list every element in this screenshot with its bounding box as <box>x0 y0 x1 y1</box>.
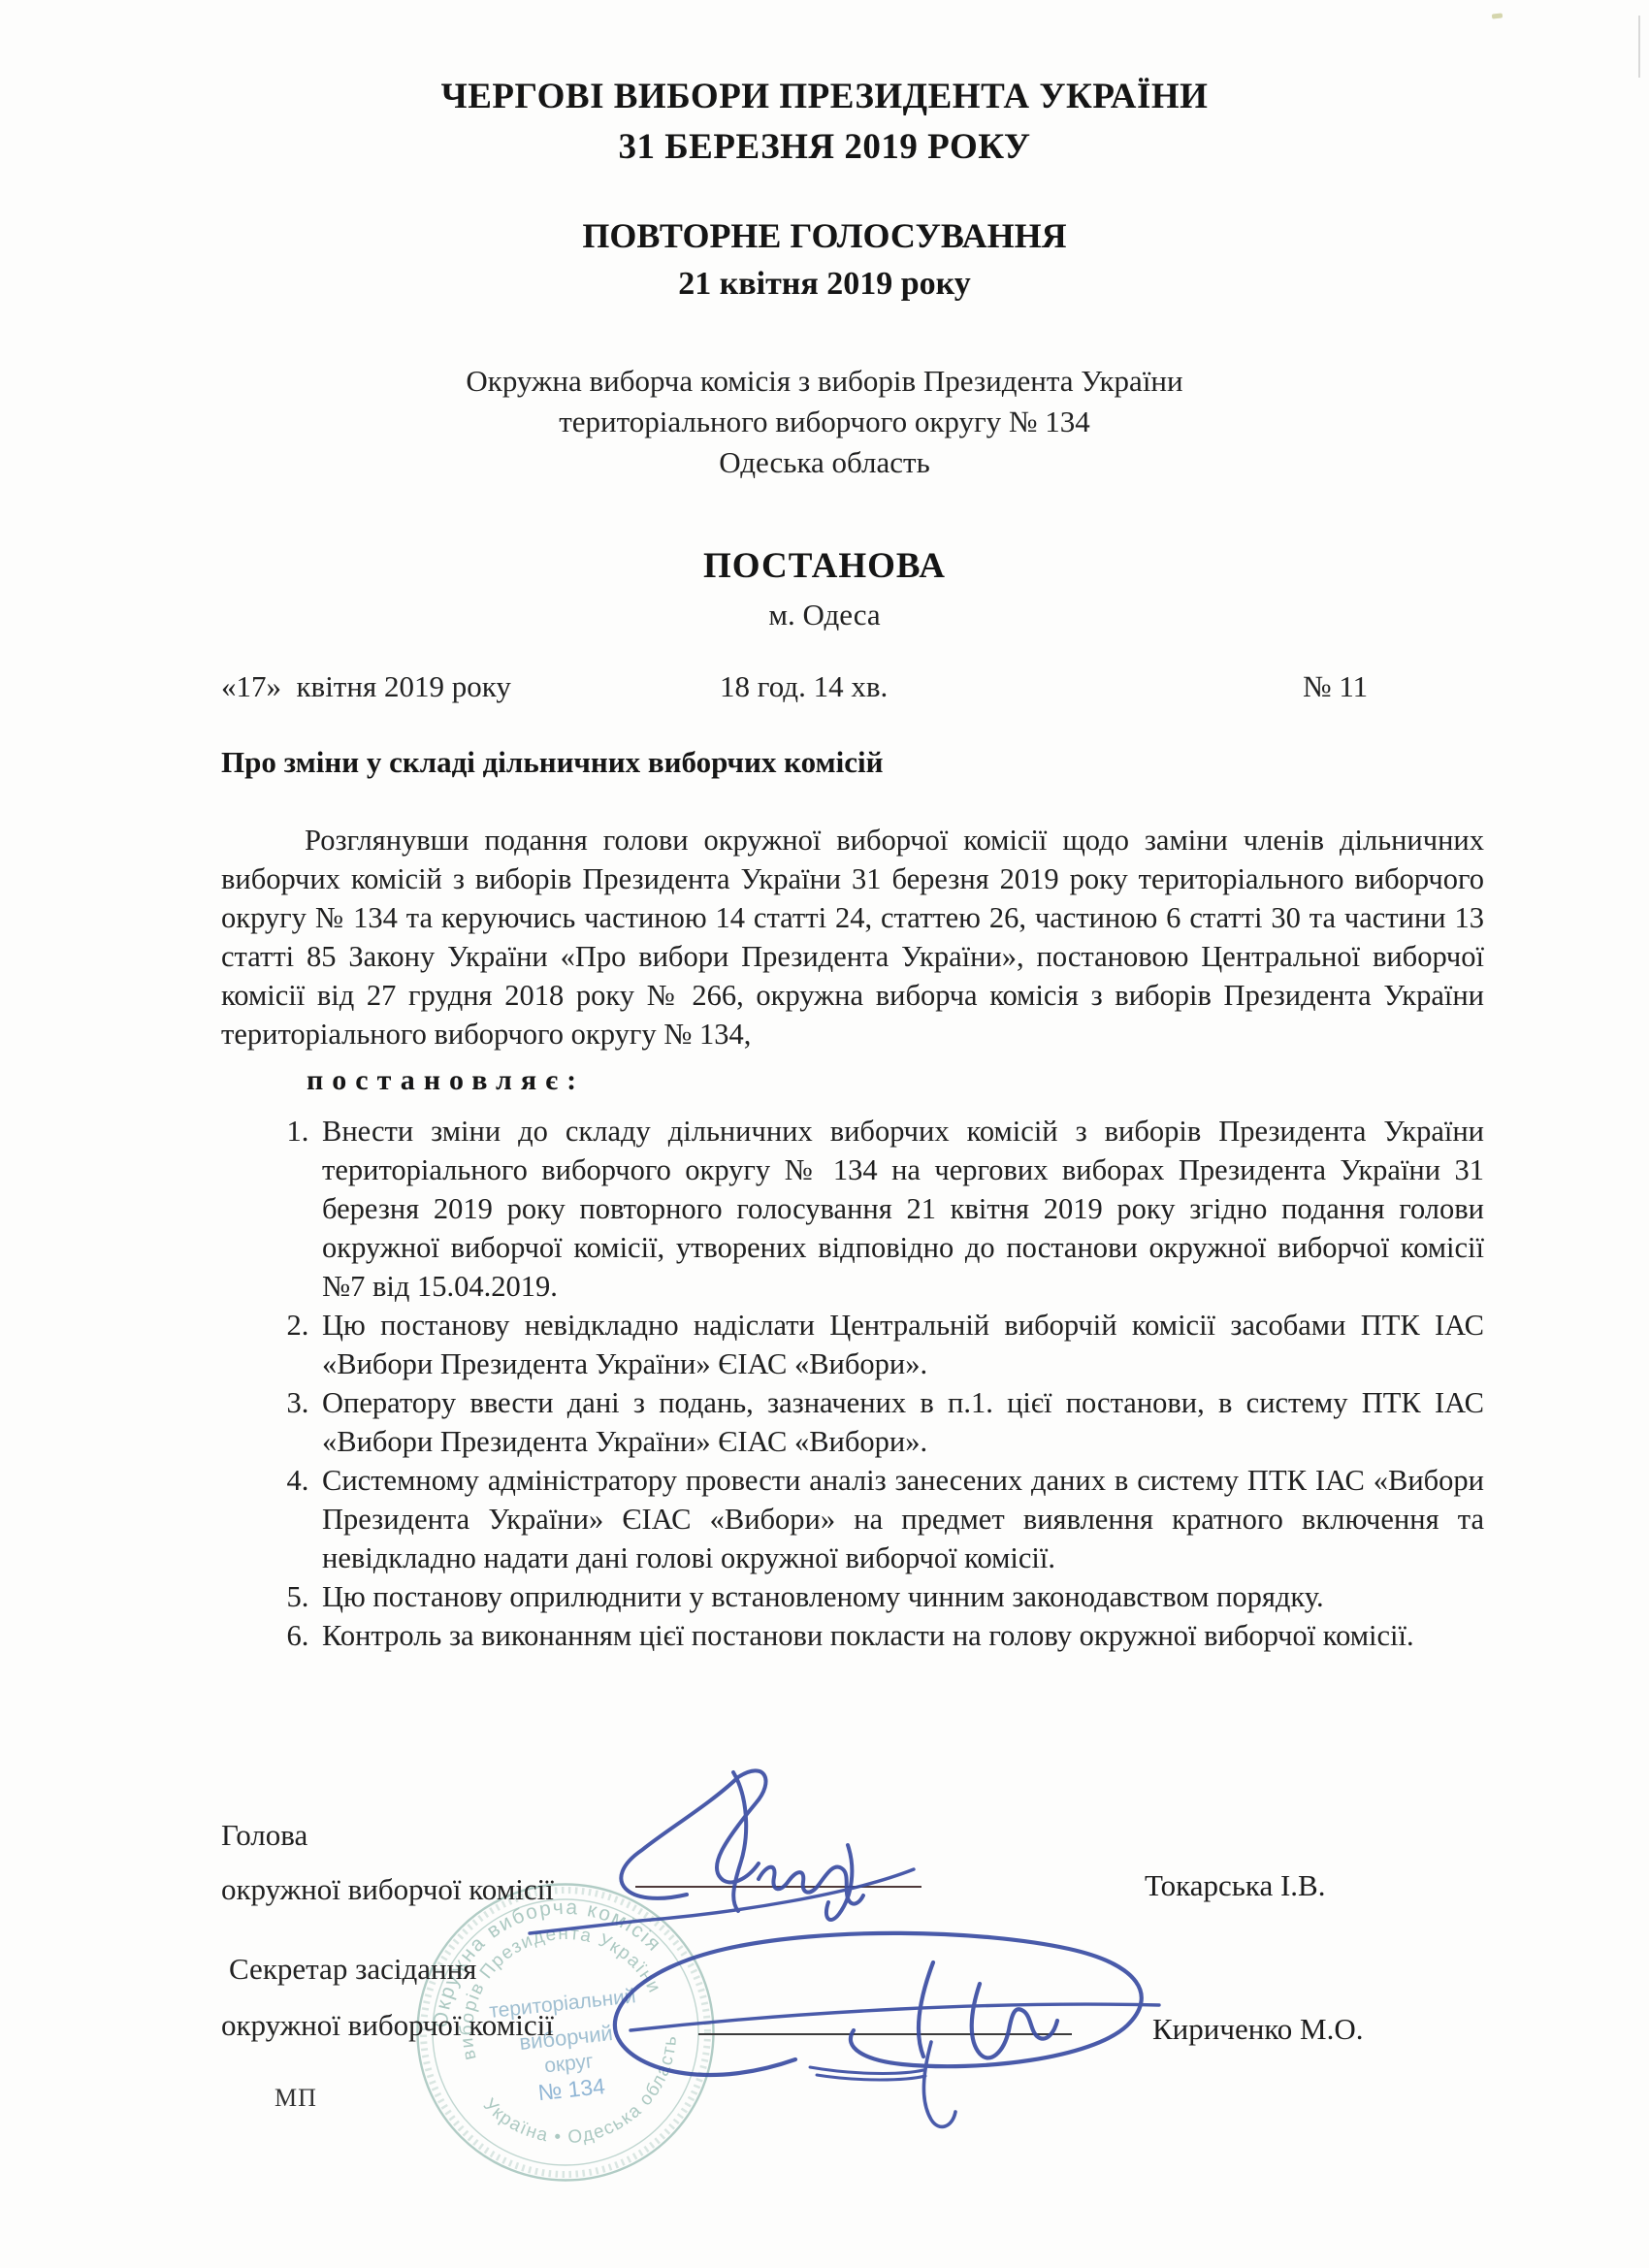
seal-placeholder-note: МП <box>275 2084 317 2113</box>
scan-artifact-line <box>1638 16 1640 78</box>
signature1-ink <box>530 1770 914 1933</box>
doc-time: 18 год. 14 хв. <box>720 669 888 704</box>
doc-date: «17» квітня 2019 року <box>221 669 511 704</box>
doc-number: № 11 <box>1303 669 1368 704</box>
election-title-line2: 31 БЕРЕЗНЯ 2019 РОКУ <box>0 122 1649 173</box>
preamble-paragraph: Розглянувши подання голови окружної вибо… <box>221 821 1484 1053</box>
resolution-list: Внести зміни до складу дільничних виборч… <box>221 1112 1484 1655</box>
signer2-role-line1: Секретар засідання <box>229 1952 476 1987</box>
doc-type-title: ПОСТАНОВА <box>0 545 1649 587</box>
commission-name-line2: територіального виборчого округу № 134 <box>0 402 1649 442</box>
resolves-word: постановляє: <box>307 1061 1484 1100</box>
doc-city: м. Одеса <box>0 598 1649 632</box>
signature2-ink <box>615 1933 1159 2127</box>
revote-date: 21 квітня 2019 року <box>0 260 1649 308</box>
commission-name-line3: Одеська область <box>0 442 1649 483</box>
commission-name-line1: Окружна виборча комісія з виборів Презид… <box>0 361 1649 402</box>
resolution-item: Внести зміни до складу дільничних виборч… <box>316 1112 1484 1306</box>
election-title-line1: ЧЕРГОВІ ВИБОРИ ПРЕЗИДЕНТА УКРАЇНИ <box>0 72 1649 122</box>
doc-body: Розглянувши подання голови окружної вибо… <box>221 821 1484 1655</box>
resolution-item: Системному адміністратору провести аналі… <box>316 1461 1484 1577</box>
signer1-role-line1: Голова <box>221 1818 307 1853</box>
handwritten-signatures <box>475 1751 1261 2158</box>
scanned-document-page: ЧЕРГОВІ ВИБОРИ ПРЕЗИДЕНТА УКРАЇНИ 31 БЕР… <box>0 0 1649 2268</box>
scan-artifact-speck <box>1492 13 1503 18</box>
resolution-item: Цю постанову невідкладно надіслати Центр… <box>316 1306 1484 1383</box>
resolution-item: Оператору ввести дані з подань, зазначен… <box>316 1383 1484 1461</box>
doc-subject: Про зміни у складі дільничних виборчих к… <box>221 745 883 780</box>
resolution-item: Контроль за виконанням цієї постанови по… <box>316 1616 1484 1655</box>
resolution-item: Цю постанову оприлюднити у встановленому… <box>316 1577 1484 1616</box>
revote-title: ПОВТОРНЕ ГОЛОСУВАННЯ <box>0 211 1649 260</box>
